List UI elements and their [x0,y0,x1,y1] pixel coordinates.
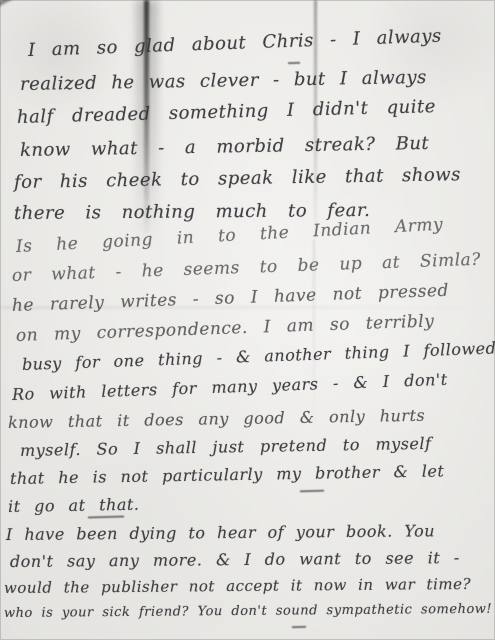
handwriting-line: half dreaded something I didn't quite [17,96,436,128]
letter-page: I am so glad about Chris - I always real… [0,0,495,640]
underline-stroke [88,516,124,519]
handwriting-line: that he is not particularly my brother &… [10,461,445,488]
underline-stroke [292,626,306,628]
handwriting-line: I am so glad about Chris - I always [28,26,442,61]
handwriting-line: Ro with letters for many years - & I don… [12,370,448,404]
handwriting-line: on my correspondence. I am so terribly [16,311,435,346]
handwriting-line: don't say any more. & I do want to see i… [10,548,460,571]
handwriting-line: or what - he seems to be up at Simla? [12,250,482,286]
handwriting-line: busy for one thing - & another thing I f… [22,338,495,374]
handwriting-line: know what - a morbid streak? But [20,133,430,161]
underline-stroke [300,490,324,493]
handwriting-line: who is your sick friend? You don't sound… [4,602,492,621]
handwriting-line: for his cheek to speak like that shows [14,164,461,193]
handwriting-line: it go at that. [8,495,140,516]
scan-corner-mark [0,0,15,7]
handwriting-line: realized he was clever - but I always [20,67,427,95]
handwriting-line: would the publisher not accept it now in… [4,575,471,597]
handwriting-line: know that it does any good & only hurts [8,406,425,432]
underline-stroke [288,62,300,64]
handwriting-line: he rarely writes - so I have not pressed [12,281,450,316]
handwriting-line: I have been dying to hear of your book. … [6,521,435,544]
handwriting-line: myself. So I shall just pretend to mysel… [20,434,432,460]
